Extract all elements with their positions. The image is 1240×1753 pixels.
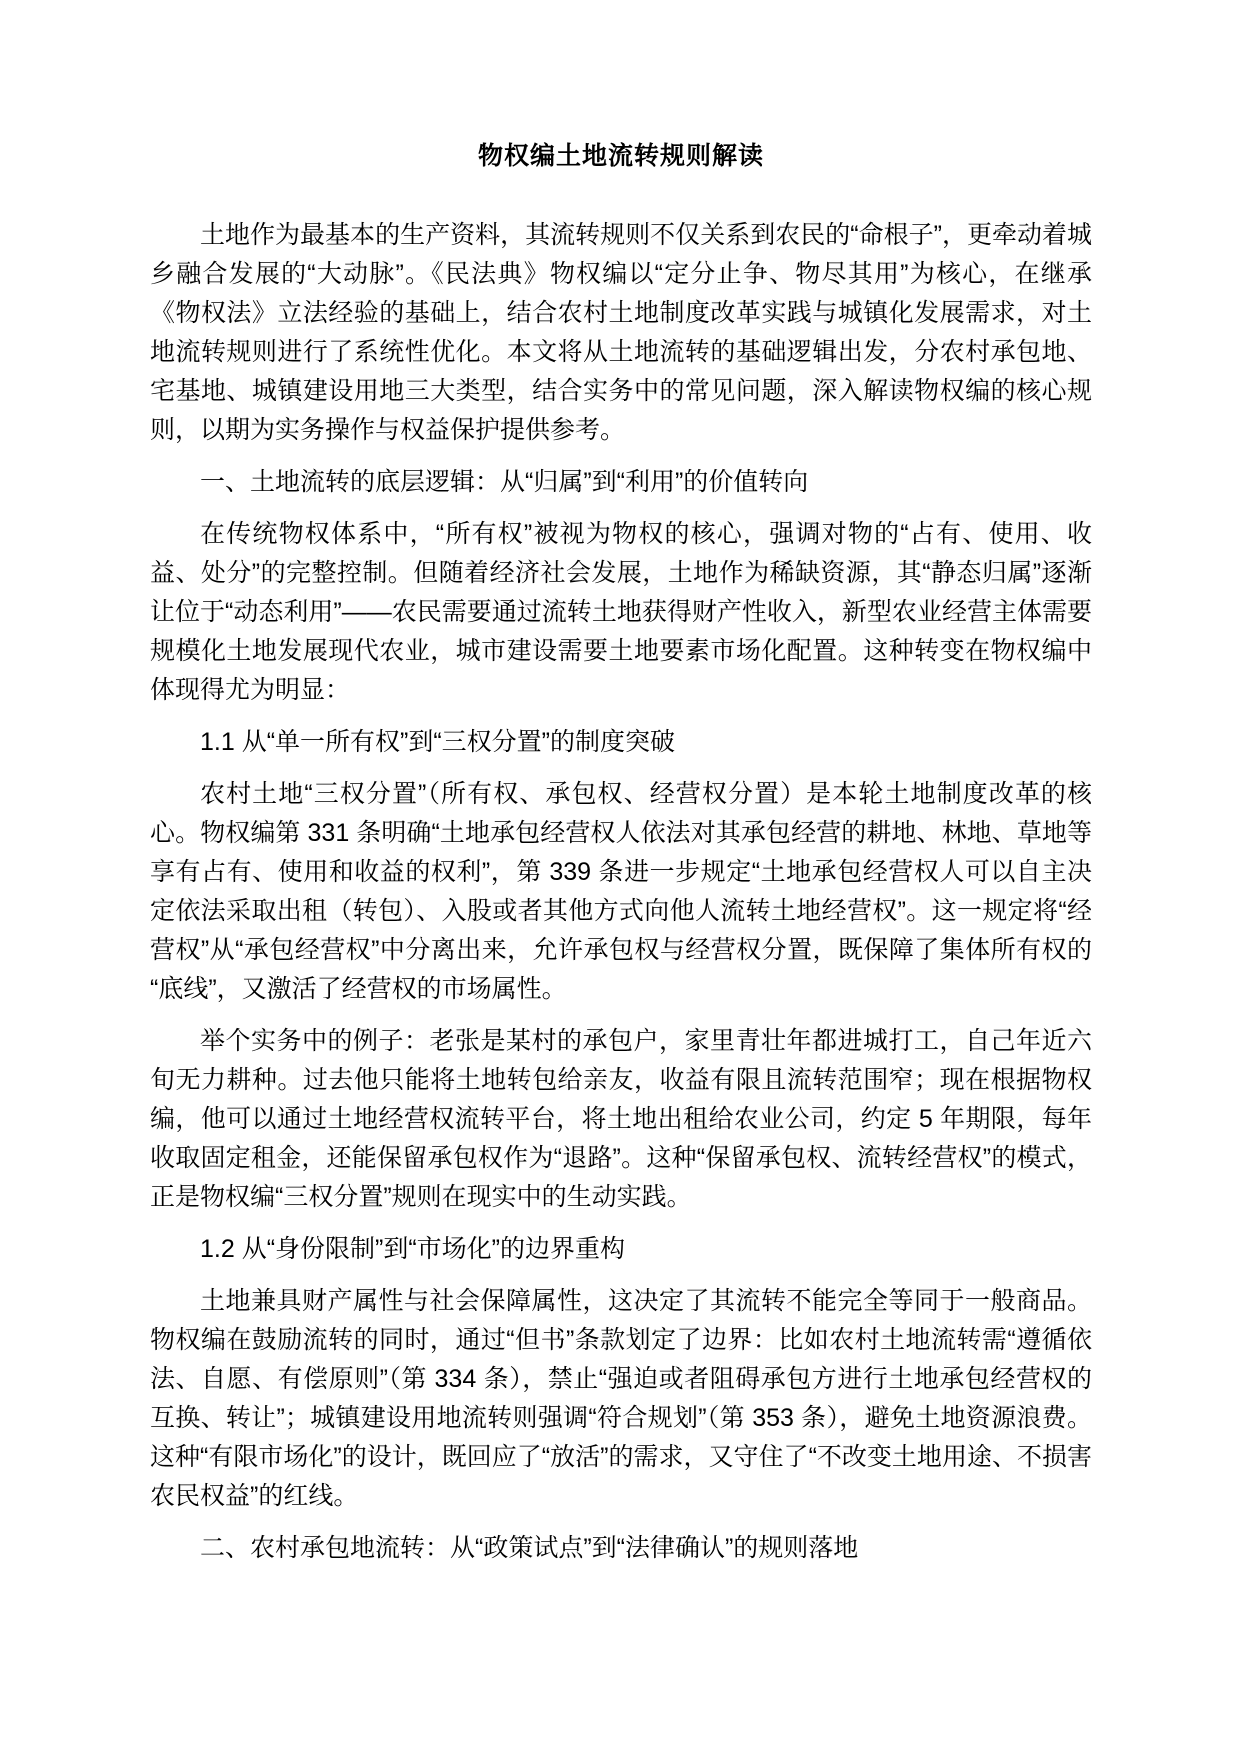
body-paragraph: 举个实务中的例子：老张是某村的承包户，家里青壮年都进城打工，自己年近六旬无力耕种…	[150, 1022, 1092, 1217]
body-paragraph: 农村土地“三权分置”（所有权、承包权、经营权分置）是本轮土地制度改革的核心。物权…	[150, 775, 1092, 1009]
section-heading: 一、土地流转的底层逻辑：从“归属”到“利用”的价值转向	[150, 463, 1092, 502]
document-body: 土地作为最基本的生产资料，其流转规则不仅关系到农民的“命根子”，更牵动着城乡融合…	[150, 216, 1092, 1568]
section-heading: 二、农村承包地流转：从“政策试点”到“法律确认”的规则落地	[150, 1529, 1092, 1568]
document-title: 物权编土地流转规则解读	[150, 138, 1092, 174]
body-paragraph: 在传统物权体系中，“所有权”被视为物权的核心，强调对物的“占有、使用、收益、处分…	[150, 515, 1092, 710]
body-paragraph: 土地兼具财产属性与社会保障属性，这决定了其流转不能完全等同于一般商品。物权编在鼓…	[150, 1282, 1092, 1516]
body-paragraph: 土地作为最基本的生产资料，其流转规则不仅关系到农民的“命根子”，更牵动着城乡融合…	[150, 216, 1092, 450]
document-page: 物权编土地流转规则解读 土地作为最基本的生产资料，其流转规则不仅关系到农民的“命…	[0, 0, 1240, 1753]
subsection-heading: 1.1 从“单一所有权”到“三权分置”的制度突破	[150, 723, 1092, 762]
subsection-heading: 1.2 从“身份限制”到“市场化”的边界重构	[150, 1230, 1092, 1269]
